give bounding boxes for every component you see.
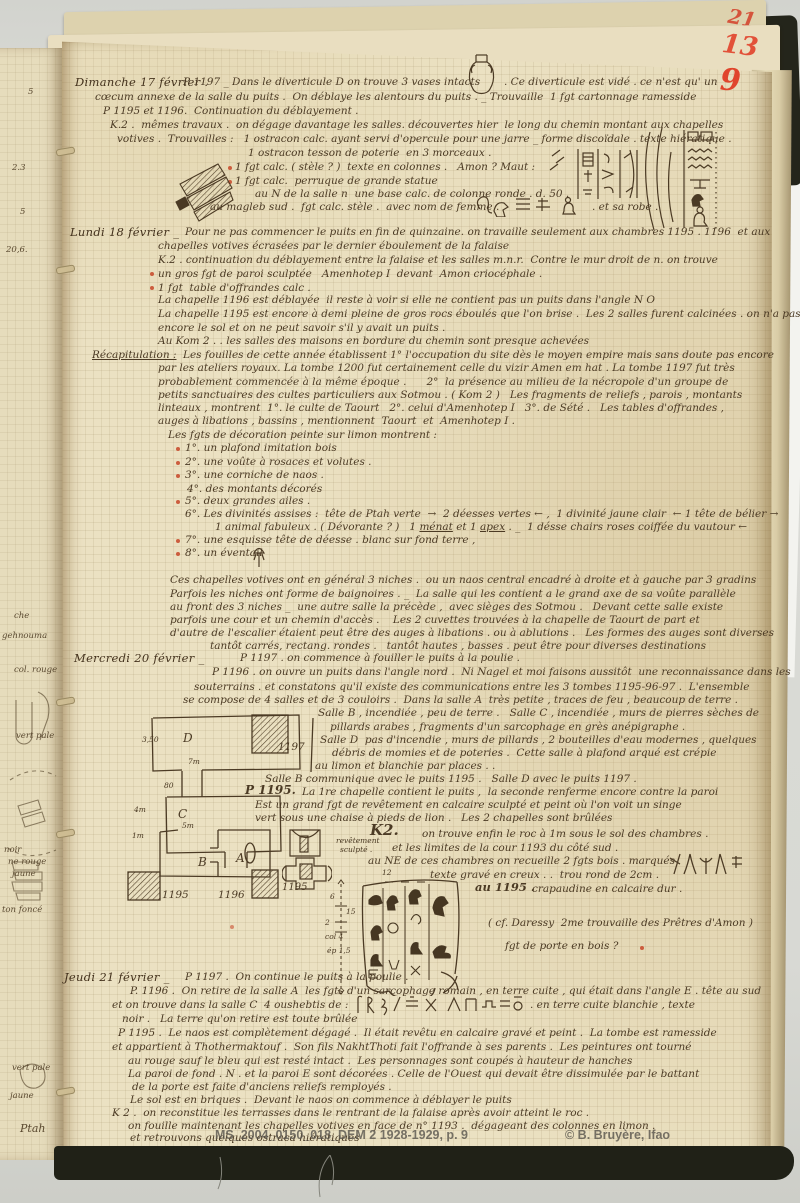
tomb-number-label: au 1195 . [475,881,535,894]
manuscript-line: . Ce diverticule est vidé . ce n'est qu'… [504,76,718,89]
manuscript-line: d'autre de l'escalier étaient peut être … [170,627,774,640]
manuscript-line: fgt de porte en bois ? [505,940,618,953]
red-mark [228,180,232,184]
manuscript-line: Au Kom 2 . . les salles des maisons en b… [158,335,589,348]
date-heading: Jeudi 21 février _ [64,971,170,984]
manuscript-line: 1 fgt calc. ( stèle ? ) texte en colonne… [235,161,535,174]
manuscript-line: P. 1196 . On retire de la salle A les fg… [130,985,761,998]
dimension-label: 12 [382,869,392,877]
red-mark [176,539,180,543]
text-part-underlined: ménat [419,521,452,533]
margin-note: ton foncé [2,906,42,915]
manuscript-line: . et sa robe . [592,201,658,214]
manuscript-line: au rouge sauf le bleu qui est resté inta… [128,1055,632,1068]
notebook-cover-bottom [54,1146,794,1180]
manuscript-line: 1 ostracon tesson de poterie en 3 morcea… [248,147,492,160]
list-item: 8°. un éventail [185,547,263,560]
manuscript-line: se compose de 4 salles et de 3 couloirs … [183,694,738,707]
margin-note: 20,6. [6,246,28,255]
manuscript-line: un gros fgt de paroi sculptée Amenhotep … [158,268,542,281]
manuscript-line: La chapelle 1196 est déblayée il reste à… [158,294,655,307]
watermark-text: MS_2004_0150_018_DEM 2 1928-1929, p. 9 [215,1128,468,1142]
plan-annotation: sculpté . [340,846,372,854]
manuscript-line: K.2 . mêmes travaux . on dégage davantag… [110,119,723,132]
manuscript-line: K.2 . continuation du déblayement entre … [158,254,718,267]
manuscript-line: P 1197 _ Dans le diverticule D on trouve… [183,76,480,89]
red-mark [640,946,644,950]
manuscript-line: linteaux , montrent 1°. le culte de Taou… [158,402,724,415]
manuscript-line: encore le sol et on ne peut savoir s'il … [158,322,445,335]
red-mark [176,447,180,451]
red-mark [228,166,232,170]
text-part: 1 animal fabuleux . ( Dévorante ? ) 1 [215,521,419,533]
manuscript-line: La paroi de fond . N . et la paroi E son… [128,1068,699,1081]
plan-annotation: revêtement [336,837,380,845]
list-item: 2°. une voûte à rosaces et volutes . [185,456,372,469]
list-item: 1°. un plafond imitation bois [185,442,337,455]
dimension-label: col 4 [325,933,343,941]
manuscript-line: et appartient à Thothermaktouf . Son fil… [112,1041,691,1054]
dimension-label: 2 [325,919,330,927]
manuscript-line: P 1197 . on commence à fouiller le puits… [240,652,520,665]
notebook-scan: 21 13 5 2.3 5 20,6. che gehnouma col. ro… [0,0,800,1203]
manuscript-line: au limon et blanchie par places . . [315,760,495,773]
margin-note: col. rouge [14,666,57,675]
manuscript-line: débris de momies et de poteries . Cette … [332,747,716,760]
manuscript-line: auges à libations , bassins , mentionnen… [158,415,515,428]
manuscript-line: de la porte est faite d'anciens reliefs … [132,1081,392,1094]
list-item: 6°. Les divinités assises : tête de Ptah… [185,508,778,521]
pit-number-label: 1195 [282,884,307,892]
red-mark [230,925,234,929]
manuscript-line: souterrains . et constatons qu'il existe… [194,681,749,694]
manuscript-line: Salle B communique avec le puits 1195 . … [265,773,637,786]
margin-note: 5 [20,208,25,217]
margin-note: vert pale [12,1064,50,1073]
manuscript-line: au magleb sud . fgt calc. stèle . avec n… [210,201,499,214]
date-heading: Mercredi 20 février _ [74,652,205,665]
watermark-credit: © B. Bruyère, Ifao [565,1128,670,1142]
manuscript-line: on trouve enfin le roc à 1m sous le sol … [422,828,708,841]
list-item-continuation: 1 animal fabuleux . ( Dévorante ? ) 1 mé… [215,521,747,534]
manuscript-line: au front des 3 niches _ une autre salle … [170,601,723,614]
text-part: . _ 1 désse chairs roses coiffée du vaut… [505,521,747,533]
manuscript-line: cœcum annexe de la salle du puits . On d… [95,91,696,104]
section-heading: Récapitulation : [92,349,176,362]
page-number-behind: 13 [721,31,760,61]
text-part: et 1 [453,521,480,533]
dimension-label: 15 [346,908,356,916]
manuscript-line: vert sous une chaise à pieds de lion . L… [255,812,612,825]
manuscript-line: Les fgts de décoration peinte sur limon … [168,429,437,442]
margin-note: Ptah [20,1124,45,1133]
folio-number: 9 [719,65,741,96]
manuscript-line: Le sol est en briques . Devant le naos o… [130,1094,512,1107]
manuscript-line: La 1re chapelle contient le puits , la s… [302,786,718,799]
manuscript-line: Ces chapelles votives ont en général 3 n… [170,574,756,587]
manuscript-line: ( cf. Daressy 2me trouvaille des Prêtres… [488,917,753,930]
manuscript-line: Est un grand fgt de revêtement en calcai… [255,799,682,812]
list-item: 3°. une corniche de naos . [185,469,324,482]
manuscript-line: Les fouilles de cette année établissent … [183,349,774,362]
red-mark [150,272,154,276]
manuscript-line: probablement commencée à la même époque … [158,376,728,389]
manuscript-line: parfois une cour et un chemin d'accès . … [170,614,700,627]
dimension-label: ép 1,5 [327,947,351,955]
manuscript-line: noir . La terre qu'on retire est toute b… [122,1013,357,1026]
margin-note: che [14,612,29,621]
manuscript-line: au N de la salle n une base calc. de col… [255,188,569,201]
margin-note: jaune [10,1092,34,1101]
margin-note: noir [4,846,21,855]
manuscript-line: P 1196 . on ouvre un puits dans l'angle … [212,666,791,679]
margin-note: vert pale [16,732,54,741]
manuscript-line: et les limites de la cour 1193 du côté s… [392,842,618,855]
manuscript-line: Parfois les niches ont forme de baignoir… [170,588,736,601]
tomb-number-label: P 1195. [245,784,296,797]
manuscript-line: P 1197 . On continue le puits à la pouli… [185,971,408,984]
manuscript-line: chapelles votives écrasées par le dernie… [158,240,509,253]
margin-note: jaune [12,870,36,879]
margin-note: gehnouma [2,632,47,641]
manuscript-line: P 1195 . Le naos est complètement dégagé… [118,1027,717,1040]
manuscript-line: au NE de ces chambres on recueille 2 fgt… [368,855,675,868]
manuscript-line: par les ateliers royaux. La tombe 1200 f… [158,362,735,375]
margin-note: 5 [28,88,33,97]
manuscript-line: La chapelle 1195 est encore à demi plein… [158,308,800,321]
margin-note: ne rouge [8,858,46,867]
manuscript-line: crapaudine en calcaire dur . [532,883,682,896]
manuscript-line: Salle D pas d'incendie , murs de pillard… [320,734,757,747]
date-heading: Lundi 18 février _ [70,226,179,239]
manuscript-line: et on trouve dans la salle C 4 oushebtis… [112,999,348,1012]
list-item: 7°. une esquisse tête de déesse . blanc … [185,534,475,547]
red-mark [176,552,180,556]
dimension-label: 6 [330,893,335,901]
manuscript-line: P 1195 et 1196. Continuation du déblayem… [103,105,359,118]
red-mark [150,286,154,290]
red-mark [176,461,180,465]
manuscript-line: K 2 . on reconstitue les terrasses dans … [112,1107,589,1120]
manuscript-line: votives . Trouvailles : 1 ostracon calc.… [117,133,732,146]
manuscript-line: Pour ne pas commencer le puits en fin de… [185,226,770,239]
red-mark [176,500,180,504]
manuscript-line: texte gravé en creux . . trou rond de 2c… [430,869,659,882]
manuscript-line: . en terre cuite blanchie , texte [530,999,695,1012]
manuscript-line: petits sanctuaires des cultes particulie… [158,389,742,402]
facing-page-edge [0,48,64,1160]
margin-note: 2.3 [12,164,26,173]
manuscript-line: pillards arabes , fragments d'un sarcoph… [330,721,685,734]
manuscript-line: Salle B , incendiée , peu de terre . Sal… [318,707,759,720]
manuscript-line: 1 fgt calc. perruque de grande statue [235,175,438,188]
list-item: 5°. deux grandes ailes . [185,495,310,508]
text-part-underlined: apex [480,521,505,533]
red-mark [176,474,180,478]
